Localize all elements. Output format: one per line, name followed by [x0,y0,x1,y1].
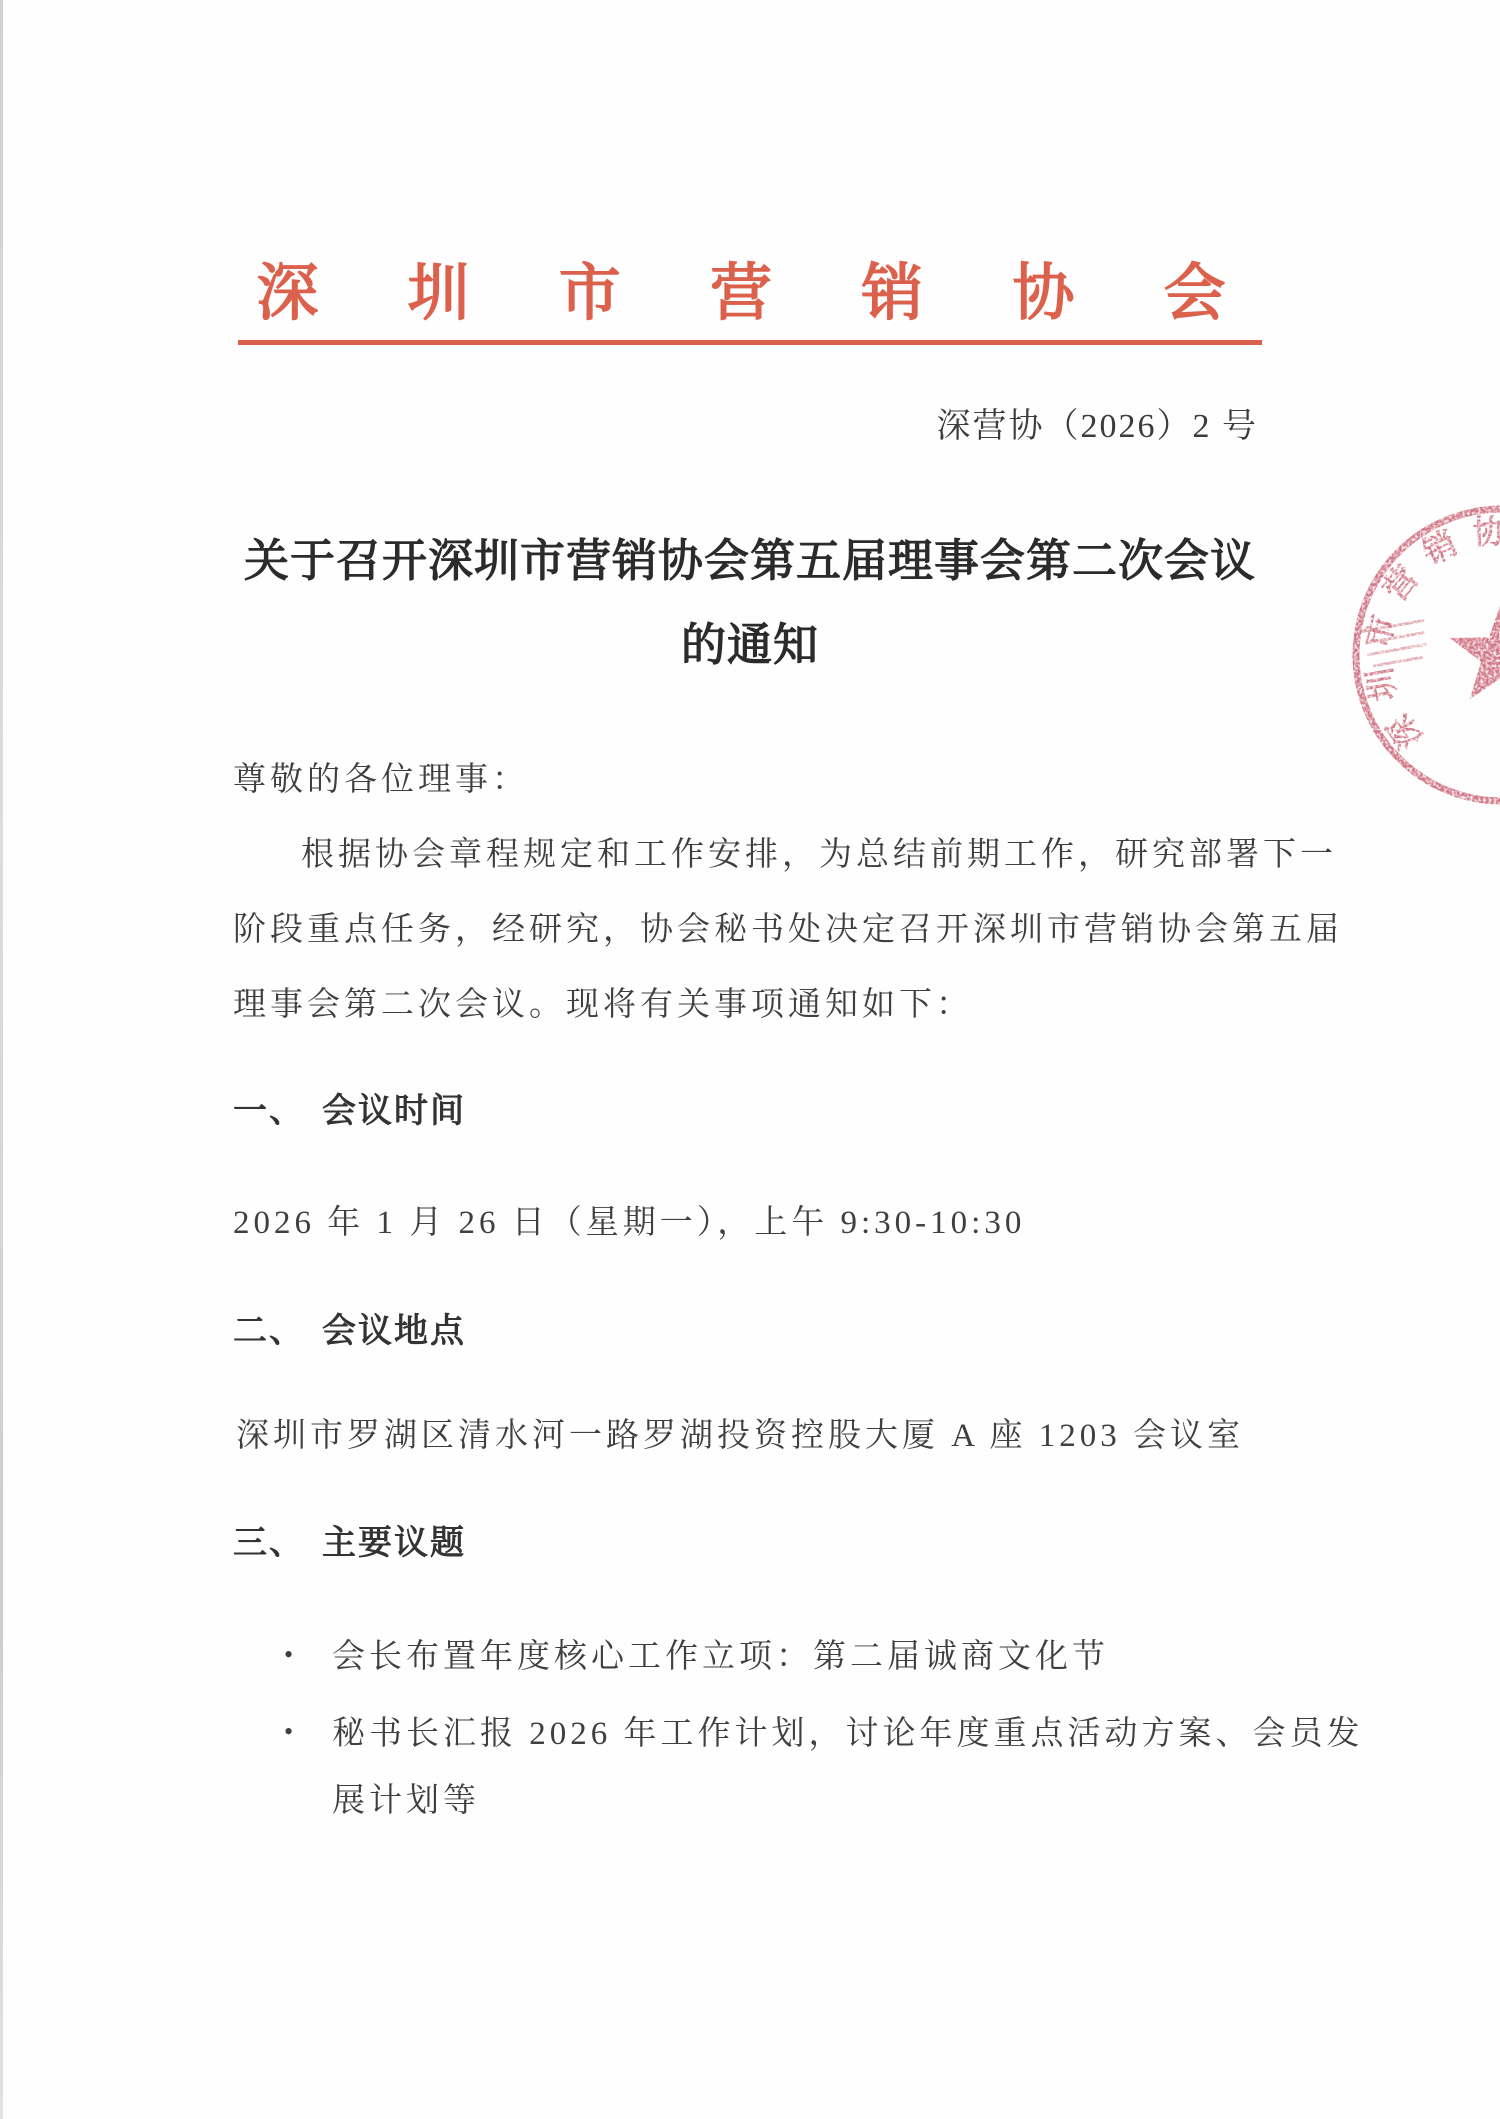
salutation: 尊敬的各位理事： [233,753,529,800]
section-number-3: 三、 [233,1515,322,1564]
section-number-1: 一、 [233,1083,322,1132]
section-number-2: 二、 [233,1303,322,1352]
bullet-icon: • [284,1717,332,1747]
document-title-line1: 关于召开深圳市营销协会第五届理事会第二次会议 [0,524,1500,589]
intro-line-1: 根据协会章程规定和工作安排，为总结前期工作，研究部署下一 [301,828,1337,875]
seal-graphics: 深圳市营销协会 [1356,509,1500,801]
intro-line-3: 理事会第二次会议。现将有关事项通知如下： [233,978,973,1025]
official-seal-stamp: 深圳市营销协会 [1352,502,1500,808]
agenda-item-2-text-line2: 展计划等 [332,1774,480,1821]
bullet-icon: • [284,1640,332,1670]
seal-star-icon [1450,600,1500,700]
agenda-item-2: •秘书长汇报 2026 年工作计划，讨论年度重点活动方案、会员发 [284,1707,1364,1754]
letterhead: 深 圳 市 营 销 协 会 [0,243,1500,345]
section-heading-2: 二、会议地点 [233,1303,466,1352]
doc-number: 深营协（2026）2 号 [937,398,1259,447]
seal-arc-text-container: 深圳市营销协会 [1358,512,1500,756]
section-title-2: 会议地点 [322,1312,466,1350]
document-page: 深 圳 市 营 销 协 会 深营协（2026）2 号 关于召开深圳市营销协会第五… [0,0,1500,2119]
section-title-3: 主要议题 [322,1524,466,1562]
section-heading-3: 三、主要议题 [233,1515,466,1564]
org-name-letterhead: 深 圳 市 营 销 协 会 [238,243,1261,345]
agenda-item-1-text: 会长布置年度核心工作立项：第二届诚商文化节 [332,1639,1109,1675]
section-heading-1: 一、会议时间 [233,1083,466,1132]
agenda-item-1: •会长布置年度核心工作立项：第二届诚商文化节 [284,1630,1109,1677]
seal-arc-text: 深圳市营销协会 [1358,512,1500,756]
section-title-1: 会议时间 [322,1092,466,1130]
agenda-item-2-text-line1: 秘书长汇报 2026 年工作计划，讨论年度重点活动方案、会员发 [332,1716,1364,1752]
meeting-time: 2026 年 1 月 26 日（星期一），上午 9:30-10:30 [233,1196,1025,1243]
document-title-line2: 的通知 [0,608,1500,673]
meeting-location: 深圳市罗湖区清水河一路罗湖投资控股大厦 A 座 1203 会议室 [236,1409,1244,1456]
intro-line-2: 阶段重点任务，经研究，协会秘书处决定召开深圳市营销协会第五届 [233,903,1343,950]
